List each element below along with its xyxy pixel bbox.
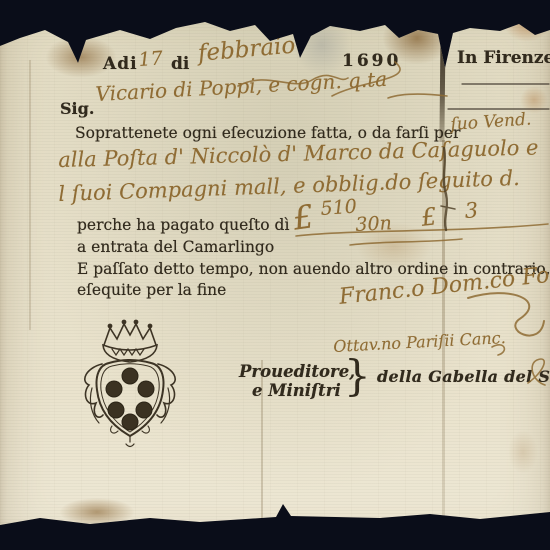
handwritten-day: 17 — [138, 49, 164, 71]
stain-bottom-left — [60, 498, 134, 526]
handwritten-continuation-1: ſuo Vend. — [450, 111, 532, 134]
office-title-line1: Proueditore, — [239, 363, 355, 380]
printed-line-payment: perche ha pagato queſto dì — [77, 217, 289, 233]
medici-coat-of-arms-icon — [74, 318, 186, 450]
amount-underline — [350, 239, 462, 245]
photo-backdrop: Adi 17 di febbraio 1690 In Firenze Sig. … — [0, 0, 550, 550]
handwritten-lira-sign-2: £ — [420, 204, 438, 231]
handwritten-amount-3: 3 — [464, 199, 479, 222]
handwritten-month: febbraio — [197, 34, 296, 67]
printed-line-execute: eſequite per la fine — [77, 282, 226, 298]
place-name: In Firenze — [457, 50, 550, 68]
date-di: di — [171, 56, 189, 74]
printed-line-camarlingo: a entrata del Camarlingo — [77, 239, 274, 255]
office-department: della Gabella del Sale — [377, 369, 550, 386]
handwritten-amount-1: 510 — [320, 197, 358, 219]
addressee-underline-flourish — [388, 94, 447, 98]
fold-crease-left — [29, 60, 31, 330]
document-paper: Adi 17 di febbraio 1690 In Firenze Sig. … — [0, 0, 550, 550]
stain-top-right — [503, 2, 550, 42]
stain-bottom-right — [508, 430, 538, 474]
crease-ink-tick — [441, 206, 455, 209]
brace-glyph: } — [344, 354, 371, 398]
addressee-label: Sig. — [60, 101, 94, 118]
handwritten-companions-line: l ſuoi Compagni mall, e obblig.do ſeguit… — [58, 167, 520, 205]
handwritten-amount-2: 30n — [355, 214, 392, 236]
handwritten-addressee: Vicario di Poppi, e cogn. q.ta — [95, 69, 388, 105]
date-prefix: Adi — [103, 56, 138, 74]
office-title-line2: e Miniſtri — [252, 382, 341, 399]
handwritten-lira-sign: £ — [291, 200, 316, 236]
